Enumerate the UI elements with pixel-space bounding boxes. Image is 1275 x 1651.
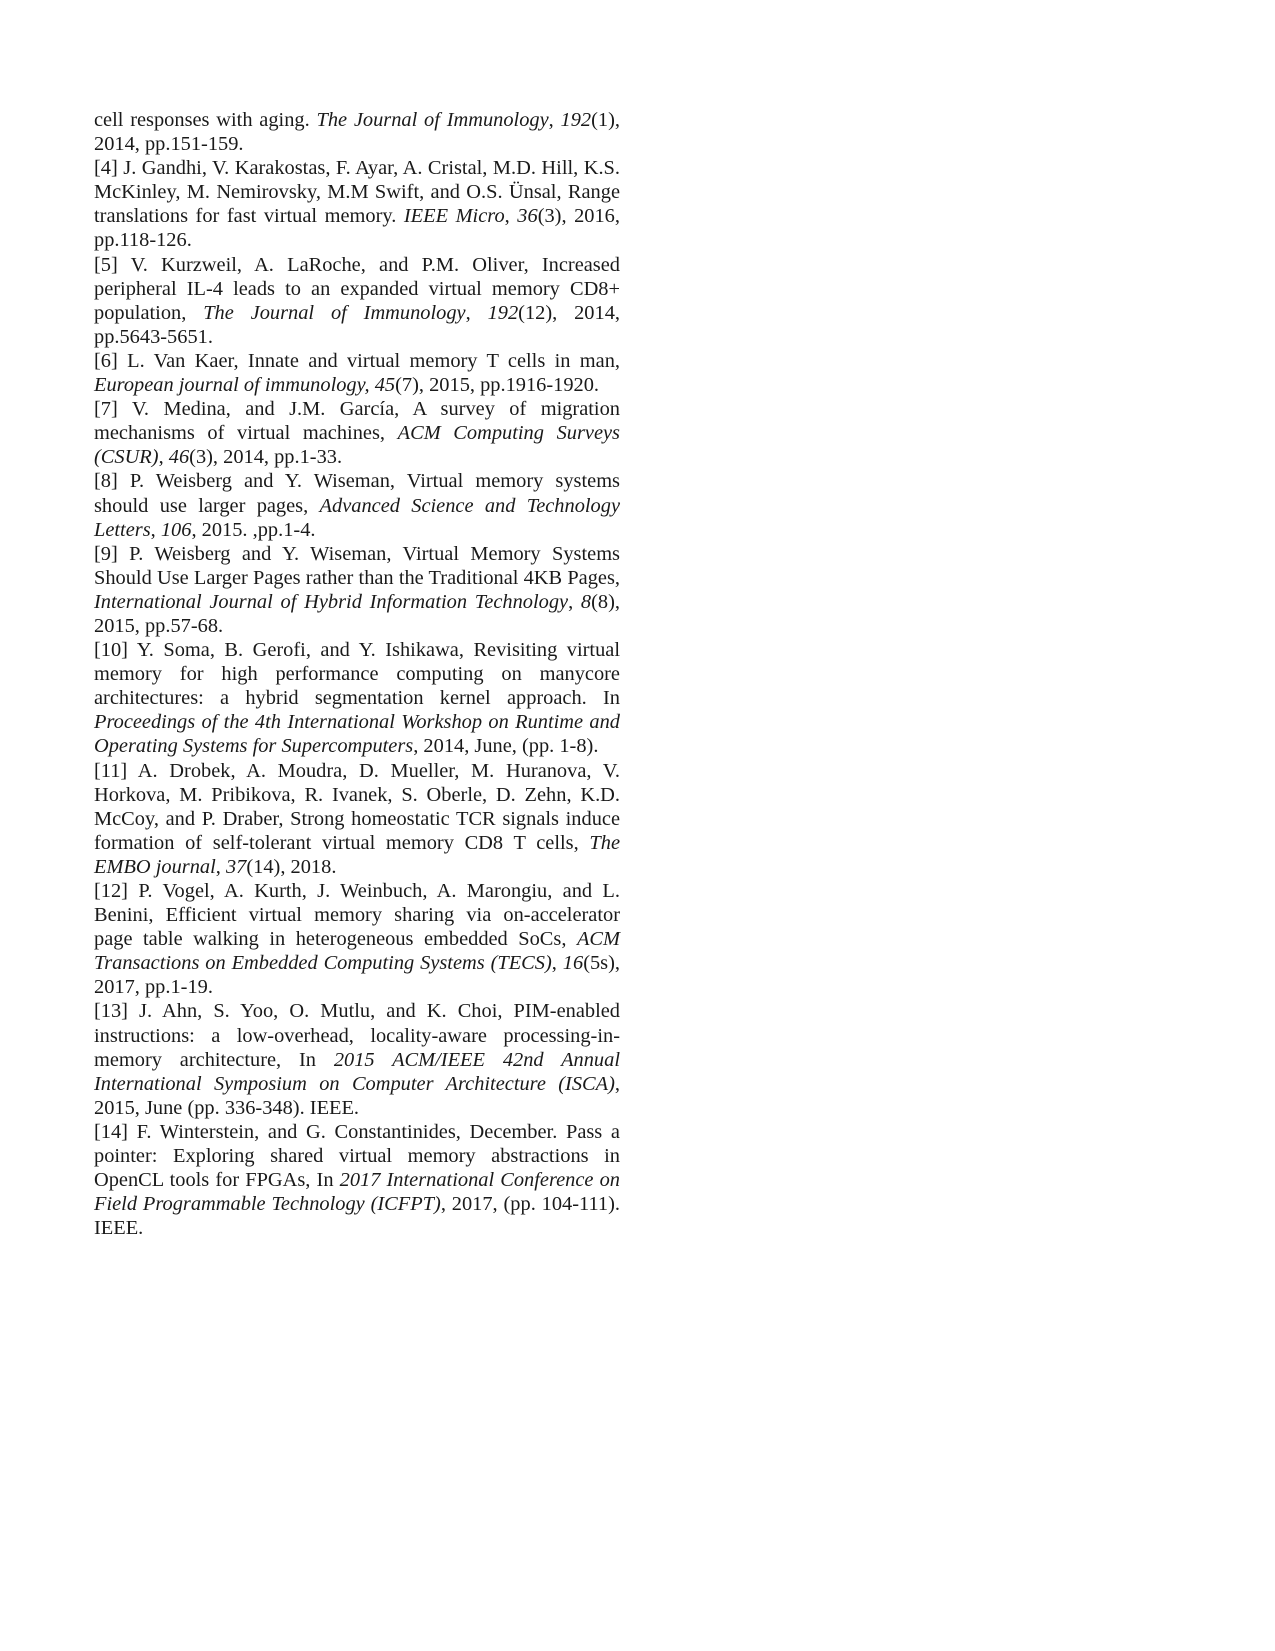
reference-4: [4] J. Gandhi, V. Karakostas, F. Ayar, A…	[94, 156, 620, 252]
reference-6: [6] L. Van Kaer, Innate and virtual memo…	[94, 349, 620, 397]
reference-8: [8] P. Weisberg and Y. Wiseman, Virtual …	[94, 469, 620, 541]
reference-13: [13] J. Ahn, S. Yoo, O. Mutlu, and K. Ch…	[94, 999, 620, 1119]
reference-3-continuation: cell responses with aging. The Journal o…	[94, 108, 620, 156]
references-column: cell responses with aging. The Journal o…	[94, 108, 620, 1240]
reference-14: [14] F. Winterstein, and G. Constantinid…	[94, 1120, 620, 1240]
document-page: cell responses with aging. The Journal o…	[0, 0, 1275, 1651]
reference-10: [10] Y. Soma, B. Gerofi, and Y. Ishikawa…	[94, 638, 620, 758]
reference-12: [12] P. Vogel, A. Kurth, J. Weinbuch, A.…	[94, 879, 620, 999]
reference-7: [7] V. Medina, and J.M. García, A survey…	[94, 397, 620, 469]
reference-5: [5] V. Kurzweil, A. LaRoche, and P.M. Ol…	[94, 253, 620, 349]
reference-11: [11] A. Drobek, A. Moudra, D. Mueller, M…	[94, 759, 620, 879]
reference-9: [9] P. Weisberg and Y. Wiseman, Virtual …	[94, 542, 620, 638]
